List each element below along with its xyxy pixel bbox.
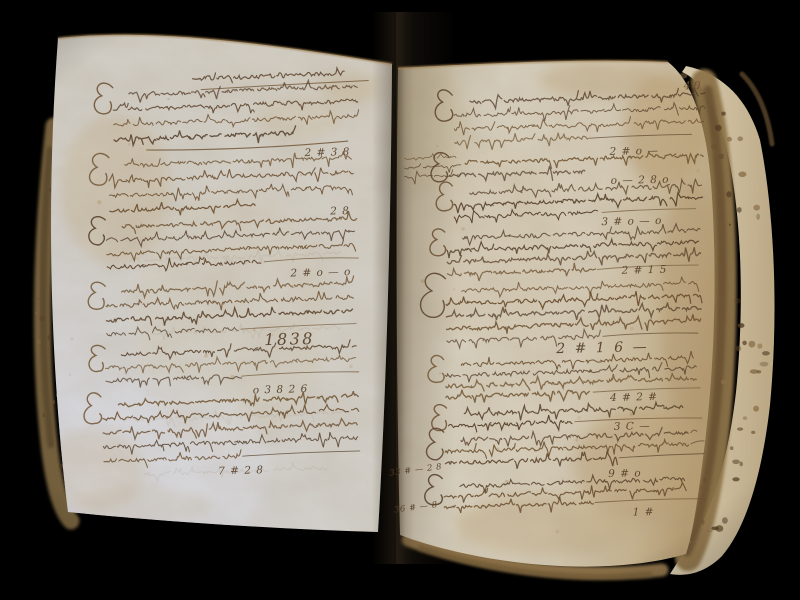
manuscript-photo: 2 # 3 82 82 # o — o1838o 3 8 2 67 # 2 8 … <box>0 0 800 600</box>
photo-svg: 2 # 3 82 82 # o — o1838o 3 8 2 67 # 2 8 … <box>0 0 800 600</box>
photo-vignette <box>0 0 800 600</box>
